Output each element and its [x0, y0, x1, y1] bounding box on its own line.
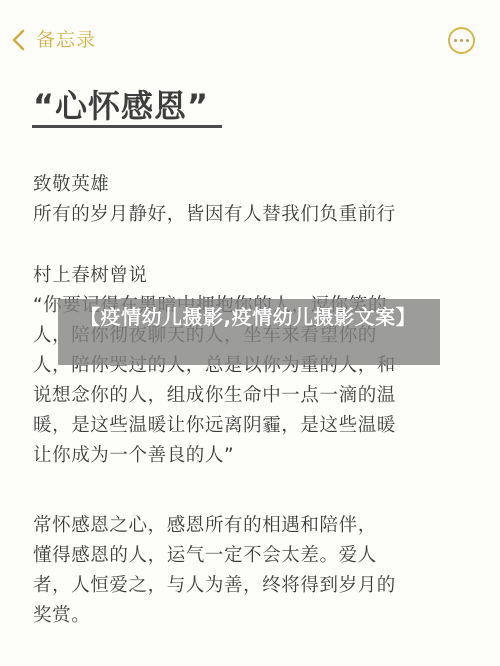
more-options-button[interactable]	[448, 27, 475, 54]
ellipsis-dot	[460, 39, 463, 42]
text-line: 村上春树曾说	[33, 261, 473, 291]
text-line: 者，人恒爱之，与人为善，终将得到岁月的	[33, 571, 473, 601]
back-button[interactable]: 备忘录	[10, 28, 96, 52]
ellipsis-circle-icon	[454, 39, 457, 42]
text-line: 暖，是这些温暖让你远离阴霾，是这些温暖	[33, 411, 473, 441]
text-line: 常怀感恩之心，感恩所有的相遇和陪伴，	[33, 511, 473, 541]
text-line: 奖赏。	[33, 601, 473, 631]
overlay-caption: 【疫情幼儿摄影,疫情幼儿摄影文案】	[80, 303, 430, 331]
nav-bar: 备忘录	[0, 0, 500, 80]
note-title: “心怀感恩”	[33, 86, 209, 126]
paragraph-murakami-quote: 村上春树曾说 “你要记得在黑暗中拥抱你的人，逗你笑的 人，陪你彻夜聊天的人，坐车…	[33, 261, 473, 471]
text-line: 致敬英雄	[33, 170, 473, 200]
paragraph-heroes: 致敬英雄 所有的岁月静好，皆因有人替我们负重前行	[33, 170, 473, 230]
title-underline	[32, 125, 222, 128]
chevron-left-icon	[10, 28, 28, 52]
back-label: 备忘录	[36, 28, 96, 52]
text-line: 让你成为一个善良的人”	[33, 441, 473, 471]
text-line: 懂得感恩的人，运气一定不会太差。爱人	[33, 541, 473, 571]
text-line: 所有的岁月静好，皆因有人替我们负重前行	[33, 200, 473, 230]
text-line: 说想念你的人，组成你生命中一点一滴的温	[33, 381, 473, 411]
ellipsis-dot	[466, 39, 469, 42]
paragraph-gratitude: 常怀感恩之心，感恩所有的相遇和陪伴， 懂得感恩的人，运气一定不会太差。爱人 者，…	[33, 511, 473, 631]
